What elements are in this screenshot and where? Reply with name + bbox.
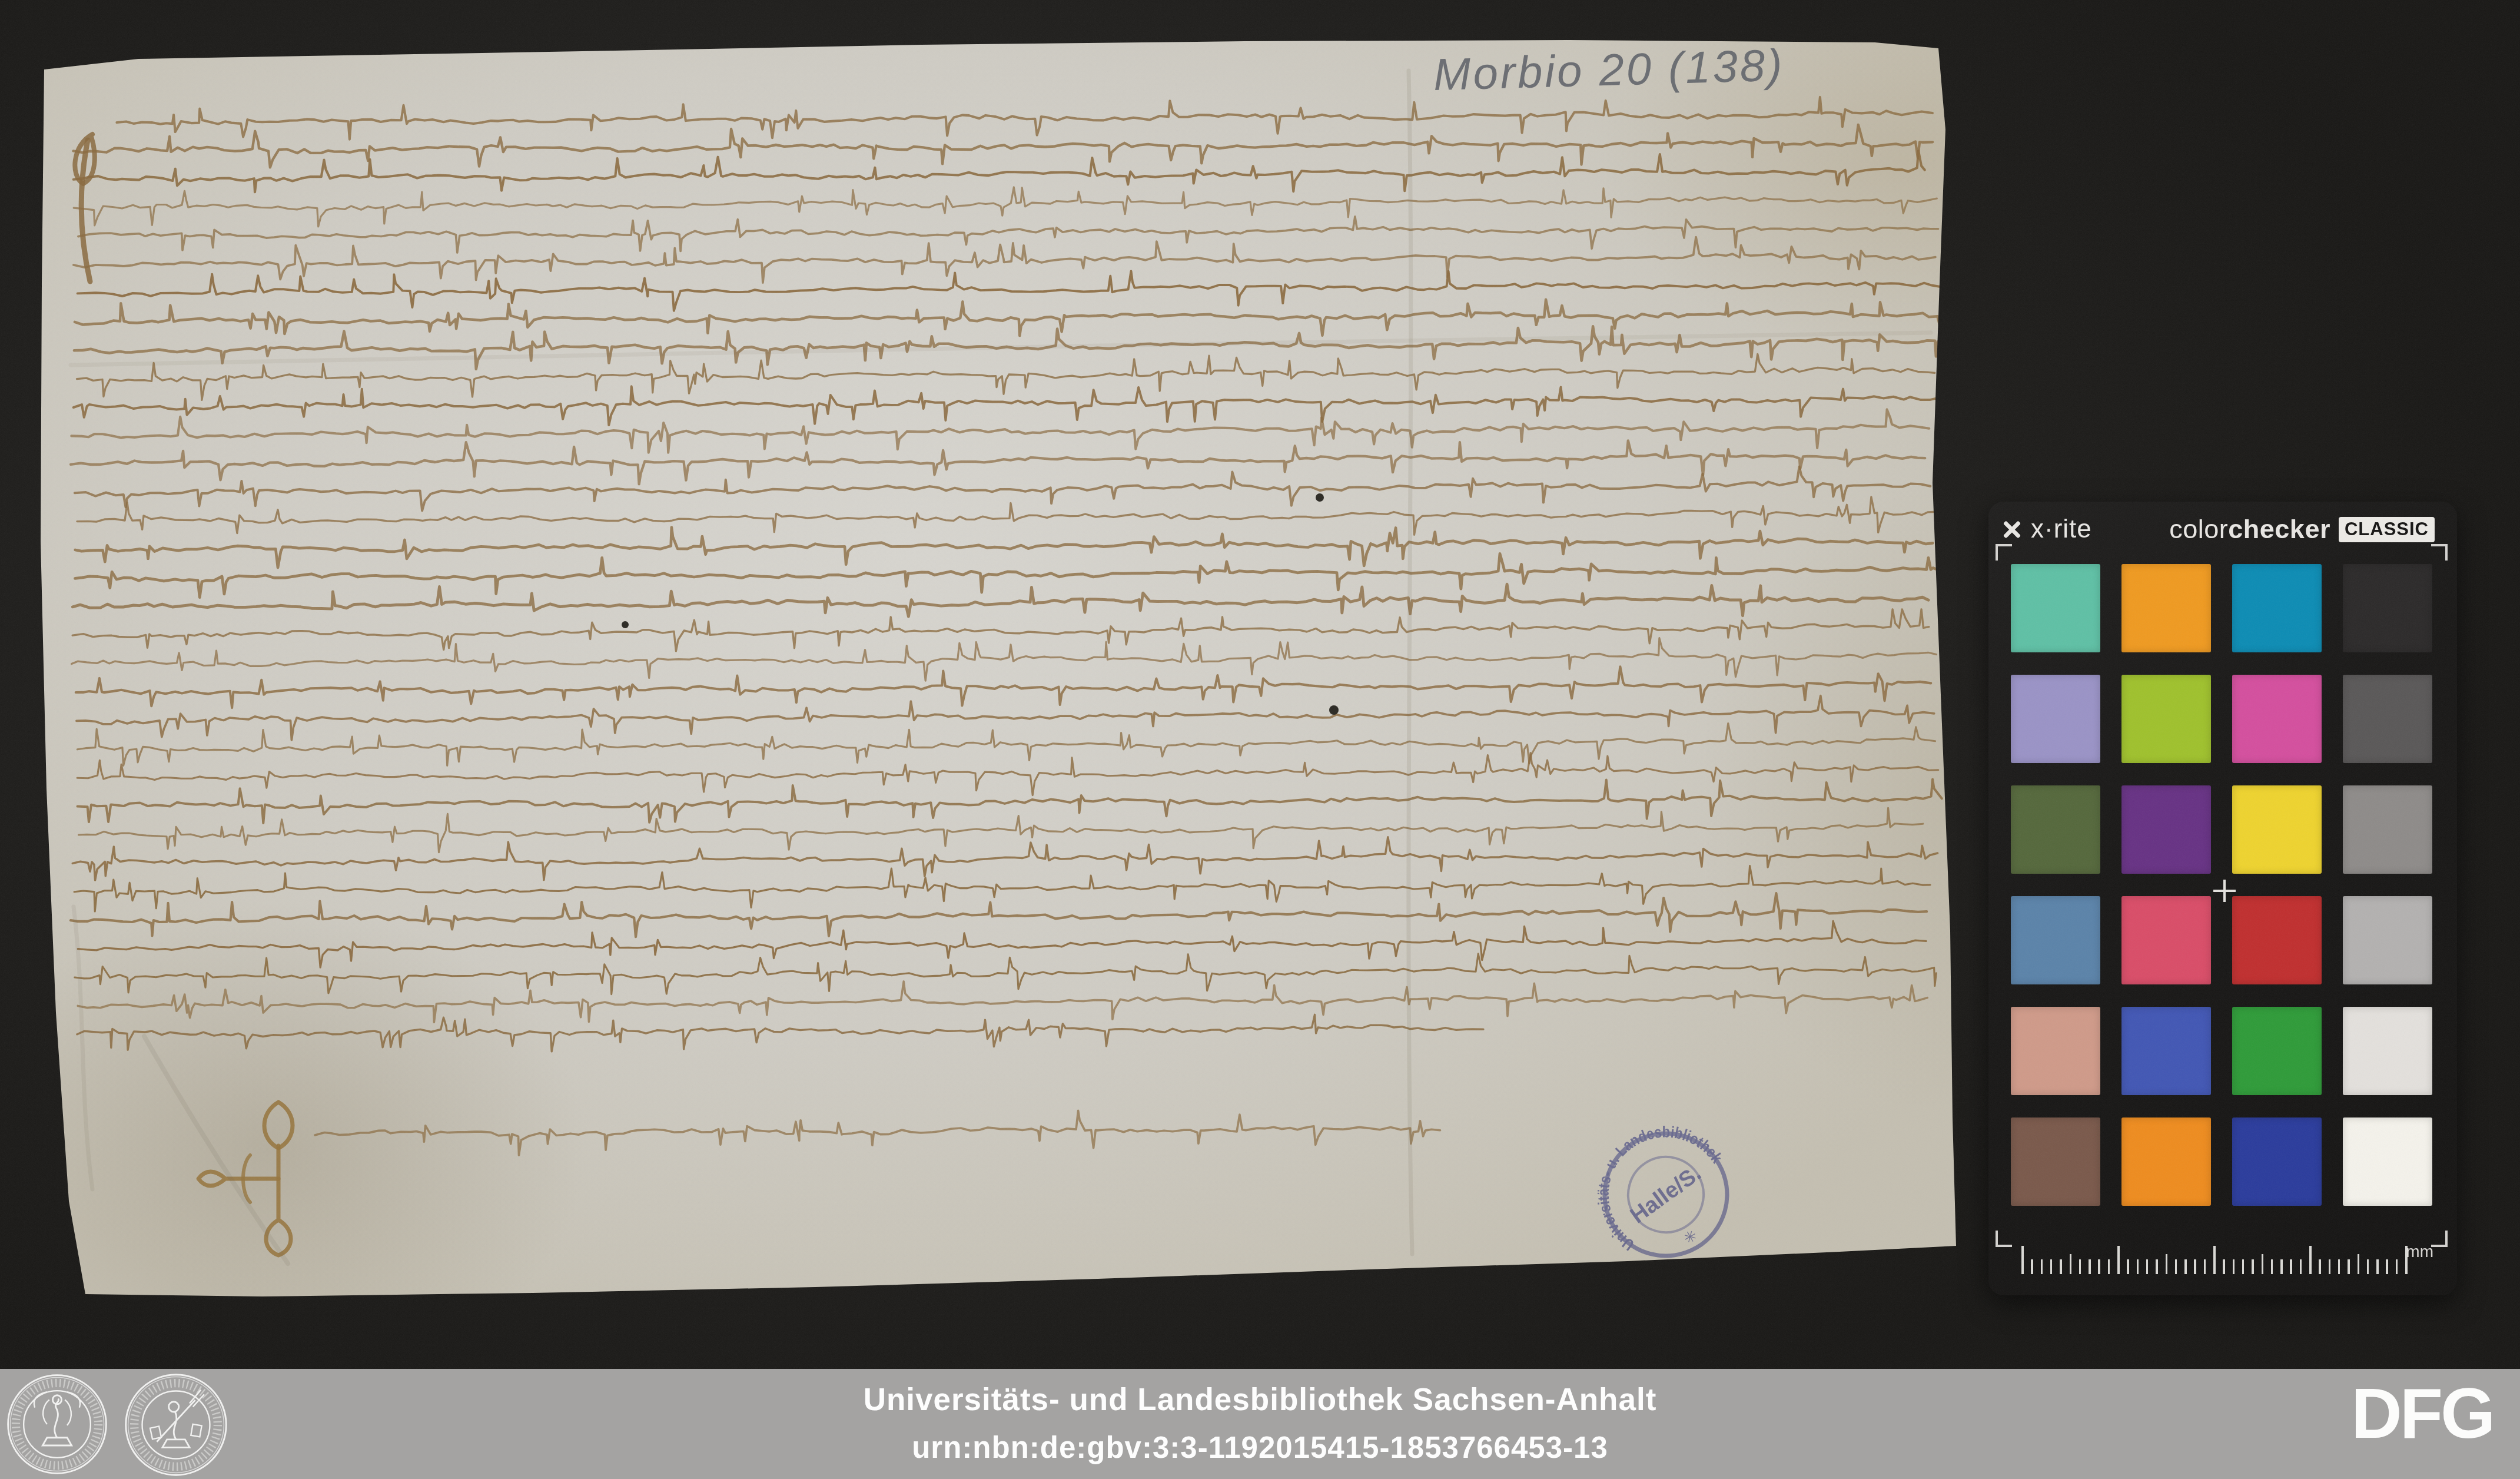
- ink-stroke: [315, 1110, 1440, 1155]
- ink-stroke: [74, 187, 1937, 227]
- ink-stroke: [78, 217, 1938, 253]
- ruler-tick: [2117, 1246, 2120, 1274]
- parchment-hole: [1316, 493, 1324, 502]
- ink-stroke: [81, 140, 90, 281]
- mm-ruler: mm: [2021, 1242, 2433, 1278]
- ruler-tick: [2156, 1259, 2158, 1274]
- colorchecker-card: x·rite colorchecker CLASSIC mm: [1988, 502, 2457, 1295]
- color-patch: [2343, 1117, 2432, 1206]
- ruler-tick: [2089, 1259, 2091, 1274]
- ruler-tick: [2137, 1259, 2139, 1274]
- mm-label: mm: [2406, 1242, 2433, 1261]
- ruler-tick: [2319, 1259, 2321, 1274]
- ruler-tick: [2050, 1259, 2053, 1274]
- parchment-hole: [622, 621, 629, 628]
- ruler-tick: [2108, 1259, 2110, 1274]
- ink-stroke: [144, 1036, 288, 1264]
- crop-mark-icon: [1996, 544, 2012, 561]
- color-patch: [2011, 785, 2100, 874]
- ink-stroke: [74, 125, 1933, 168]
- ruler-tick: [2271, 1259, 2273, 1274]
- ruler-tick: [2386, 1259, 2388, 1274]
- ruler-tick: [2300, 1259, 2302, 1274]
- color-patch: [2121, 675, 2211, 763]
- ink-stroke: [264, 1102, 293, 1148]
- x-rite-brand: x·rite: [2031, 515, 2092, 544]
- ruler-tick: [2041, 1259, 2043, 1274]
- crop-mark-icon: [2431, 544, 2448, 561]
- ruler-tick: [2223, 1259, 2225, 1274]
- ruler-tick: [2242, 1259, 2245, 1274]
- ink-stroke: [78, 921, 1926, 967]
- ink-stroke: [75, 954, 1936, 994]
- ruler-tick: [2127, 1259, 2129, 1274]
- crop-mark-icon: [2431, 1231, 2448, 1247]
- ruler-tick: [2396, 1259, 2398, 1274]
- ink-stroke: [75, 467, 1930, 511]
- classic-badge: CLASSIC: [2339, 517, 2435, 542]
- ruler-tick: [2309, 1246, 2312, 1274]
- color-patch: [2011, 675, 2100, 763]
- ruler-tick: [2367, 1259, 2369, 1274]
- color-patch: [2121, 785, 2211, 874]
- ruler-tick: [2280, 1259, 2283, 1274]
- footer-bar: Universitäts- und Landesbibliothek Sachs…: [0, 1369, 2520, 1479]
- ruler-tick: [2021, 1246, 2024, 1274]
- ink-stroke: [77, 1014, 1483, 1052]
- ruler-tick: [2405, 1246, 2408, 1274]
- ruler-tick: [2166, 1254, 2168, 1274]
- ruler-tick: [2252, 1259, 2254, 1274]
- ruler-tick: [2329, 1259, 2331, 1274]
- manuscript-ink-text: [38, 35, 1963, 1301]
- color-patch: [2232, 896, 2322, 984]
- ink-stroke: [74, 866, 1930, 911]
- color-patch: [2232, 1007, 2322, 1095]
- ink-stroke: [198, 1172, 278, 1186]
- library-stamp: Universitäts- u. Landesbibliothek Halle/…: [1589, 1118, 1742, 1271]
- ruler-tick: [2184, 1259, 2187, 1274]
- stamp-star-icon: ✳: [1681, 1226, 1701, 1248]
- ruler-tick: [2262, 1254, 2264, 1274]
- ink-stroke: [72, 609, 1929, 651]
- ink-stroke: [78, 271, 1940, 311]
- color-patch: [2343, 785, 2432, 874]
- ink-stroke: [78, 981, 1927, 1022]
- ink-stroke: [72, 638, 1937, 681]
- ink-stroke: [74, 151, 1925, 192]
- urn-identifier: urn:nbn:de:gbv:3:3-1192015415-1853766453…: [0, 1430, 2520, 1465]
- color-patch: [2232, 1117, 2322, 1206]
- ruler-tick: [2031, 1259, 2033, 1274]
- color-patch: [2343, 675, 2432, 763]
- ruler-tick: [2146, 1259, 2149, 1274]
- color-patch: [2011, 896, 2100, 984]
- parchment-charter: Morbio 20 (138) Universitäts- u. Landesb…: [38, 35, 1963, 1301]
- color-patch: [2121, 1007, 2211, 1095]
- photo-area: Morbio 20 (138) Universitäts- u. Landesb…: [0, 0, 2520, 1369]
- ink-stroke: [71, 893, 1927, 937]
- parchment-hole: [1329, 705, 1339, 715]
- ink-stroke: [75, 528, 1933, 568]
- ink-stroke: [71, 409, 1929, 452]
- color-patch: [2232, 675, 2322, 763]
- color-patch: [2011, 564, 2100, 652]
- ruler-tick: [2233, 1259, 2235, 1274]
- ruler-tick: [2376, 1259, 2379, 1274]
- color-patch: [2232, 564, 2322, 652]
- ink-stroke: [75, 300, 1942, 336]
- ink-stroke: [75, 553, 1944, 597]
- ruler-tick: [2194, 1259, 2196, 1274]
- colorchecker-title-light: color: [2169, 514, 2228, 544]
- ruler-tick: [2060, 1259, 2062, 1274]
- color-patch: [2343, 564, 2432, 652]
- ink-stroke: [74, 386, 1941, 425]
- institution-name: Universitäts- und Landesbibliothek Sachs…: [0, 1382, 2520, 1418]
- ink-stroke: [117, 97, 1932, 140]
- crop-mark-icon: [1996, 1231, 2012, 1247]
- ink-stroke: [77, 724, 1935, 766]
- ink-stroke: [77, 497, 1938, 535]
- color-patch: [2121, 1117, 2211, 1206]
- ruler-tick: [2338, 1259, 2340, 1274]
- ruler-tick: [2175, 1259, 2177, 1274]
- ink-stroke: [72, 837, 1937, 880]
- color-patch: [2011, 1117, 2100, 1206]
- colorchecker-title: colorchecker: [2169, 514, 2330, 545]
- ruler-tick: [2070, 1254, 2072, 1274]
- ink-stroke: [77, 696, 1934, 740]
- digitized-charter-scan: Morbio 20 (138) Universitäts- u. Landesb…: [0, 0, 2520, 1479]
- ruler-tick: [2213, 1246, 2216, 1274]
- ruler-tick: [2079, 1259, 2081, 1274]
- color-patch: [2011, 1007, 2100, 1095]
- ruler-tick: [2348, 1259, 2350, 1274]
- color-patch: [2121, 564, 2211, 652]
- dfg-logo: DFG: [2351, 1378, 2493, 1449]
- ruler-tick: [2204, 1259, 2206, 1274]
- ink-stroke: [1409, 71, 1412, 1254]
- ruler-tick: [2290, 1259, 2292, 1274]
- color-patch: [2343, 1007, 2432, 1095]
- colorchecker-header: x·rite colorchecker CLASSIC: [1999, 511, 2435, 548]
- ink-stroke: [71, 440, 1925, 484]
- ruler-tick: [2358, 1254, 2360, 1274]
- ink-stroke: [76, 666, 1931, 708]
- color-patch: [2232, 785, 2322, 874]
- x-rite-logo-icon: [1999, 516, 2025, 542]
- ink-stroke: [77, 753, 1938, 795]
- color-patch: [2343, 896, 2432, 984]
- ruler-tick: [2098, 1259, 2100, 1274]
- ink-stroke: [74, 237, 1935, 283]
- color-patch: [2121, 896, 2211, 984]
- colorchecker-title-bold: checker: [2228, 514, 2330, 544]
- ink-stroke: [72, 584, 1928, 616]
